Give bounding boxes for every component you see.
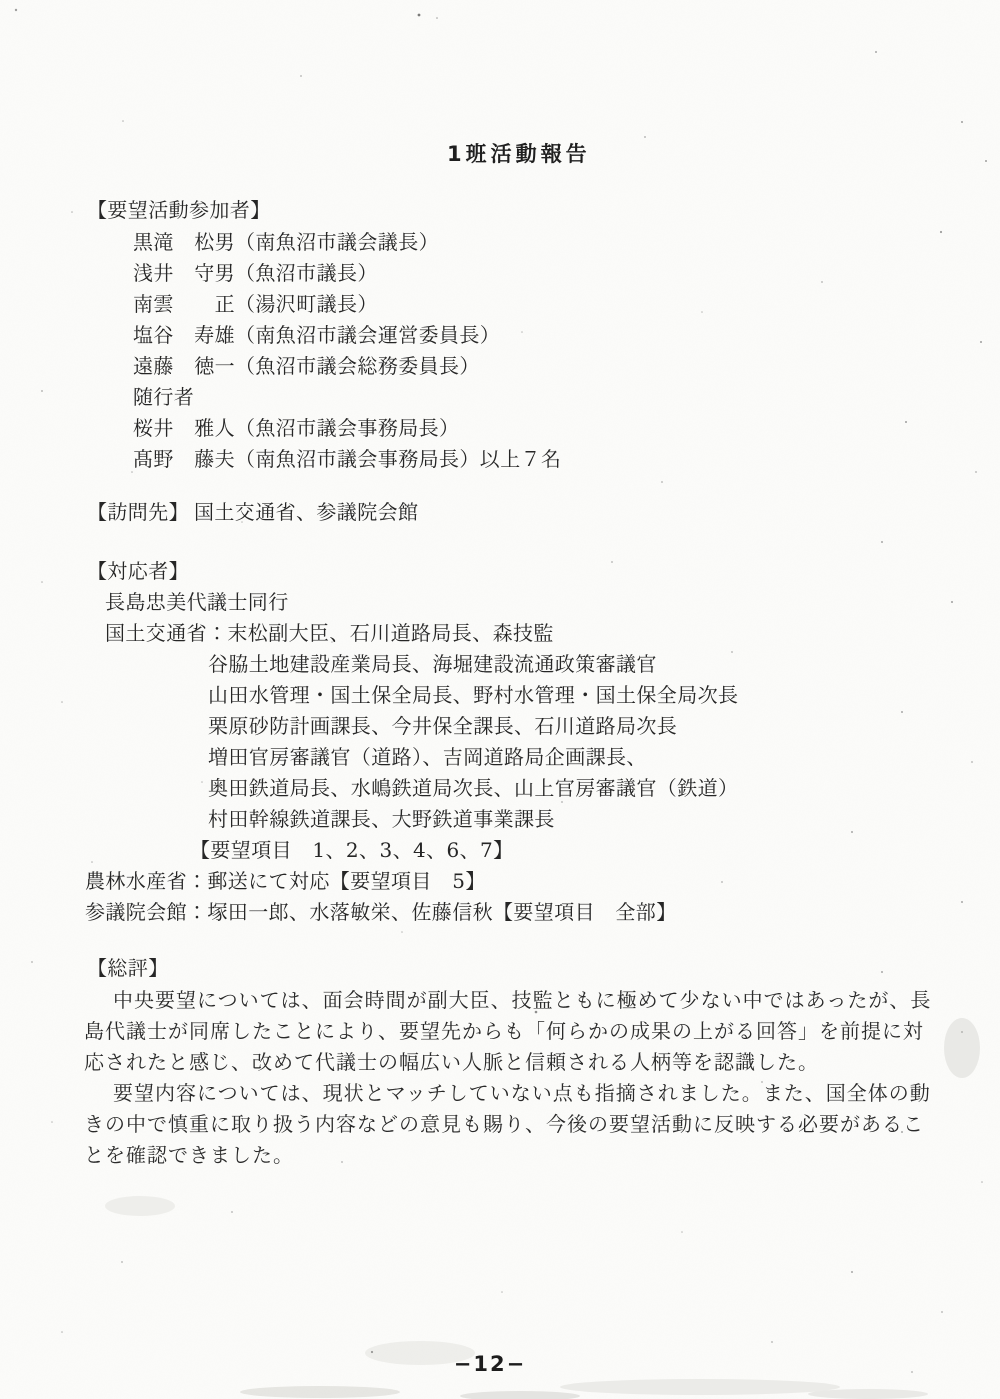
participant-line: 塩谷 寿雄（南魚沼市議会運営委員長）: [133, 320, 500, 351]
participant-line: 黒滝 松男（南魚沼市議会議長）: [133, 227, 439, 258]
participant-line: 随行者: [133, 382, 194, 413]
review-line: 中央要望については、面会時間が副大臣、技監ともに極めて少ない中ではあったが、長: [113, 985, 931, 1016]
review-line: きの中で慎重に取り扱う内容などの意見も賜り、今後の要望活動に反映する必要があるこ: [84, 1109, 924, 1140]
participants-heading: 【要望活動参加者】: [87, 195, 271, 226]
responder-line: 栗原砂防計画課長、今井保全課長、石川道路局次長: [208, 711, 677, 742]
participant-line: 浅井 守男（魚沼市議長）: [133, 258, 378, 289]
page-title: 1班活動報告: [447, 138, 591, 168]
request-items-line: 【要望項目 1、2、3、4、6、7】: [190, 835, 514, 866]
responder-line: 村田幹線鉄道課長、大野鉄道事業課長: [208, 804, 555, 835]
responder-line: 増田官房審議官（道路）、吉岡道路局企画課長、: [208, 742, 647, 773]
participant-line: 遠藤 徳一（魚沼市議会総務委員長）: [133, 351, 480, 382]
responders-heading: 【対応者】: [87, 556, 189, 587]
responder-line: 国土交通省：末松副大臣、石川道路局長、森技監: [105, 618, 554, 649]
review-heading: 【総評】: [87, 953, 169, 984]
page-number: −12−: [0, 1352, 990, 1376]
visit-line: 【訪問先】国土交通省、参議院会館: [87, 497, 418, 528]
responder-line: 奥田鉄道局長、水嶋鉄道局次長、山上官房審議官（鉄道）: [208, 773, 738, 804]
scanned-report-page: 1班活動報告 【要望活動参加者】 黒滝 松男（南魚沼市議会議長） 浅井 守男（魚…: [0, 0, 1000, 1399]
responder-line: 谷脇土地建設産業局長、海堀建設流通政策審議官: [208, 649, 657, 680]
review-line: 応されたと感じ、改めて代議士の幅広い人脈と信頼される人柄等を認識した。: [84, 1047, 819, 1078]
review-line: とを確認できました。: [84, 1140, 294, 1171]
responder-companion: 長島忠美代議士同行: [105, 587, 289, 618]
review-line: 島代議士が同席したことにより、要望先からも「何らかの成果の上がる回答」を前提に対: [84, 1016, 924, 1047]
visit-heading: 【訪問先】: [87, 500, 189, 524]
responder-line: 山田水管理・国土保全局長、野村水管理・国土保全局次長: [208, 680, 738, 711]
responder-line: 農林水産省：郵送にて対応【要望項目 5】: [85, 866, 486, 897]
participant-line: 桜井 雅人（魚沼市議会事務局長）: [133, 413, 459, 444]
visit-destinations: 国土交通省、参議院会館: [194, 500, 418, 524]
responder-line: 参議院会館：塚田一郎、水落敏栄、佐藤信秋【要望項目 全部】: [85, 897, 677, 928]
review-line: 要望内容については、現状とマッチしていない点も指摘されました。また、国全体の動: [113, 1078, 931, 1109]
participant-line: 南雲 正（湯沢町議長）: [133, 289, 378, 320]
participant-line: 髙野 藤夫（南魚沼市議会事務局長）以上７名: [133, 444, 561, 475]
